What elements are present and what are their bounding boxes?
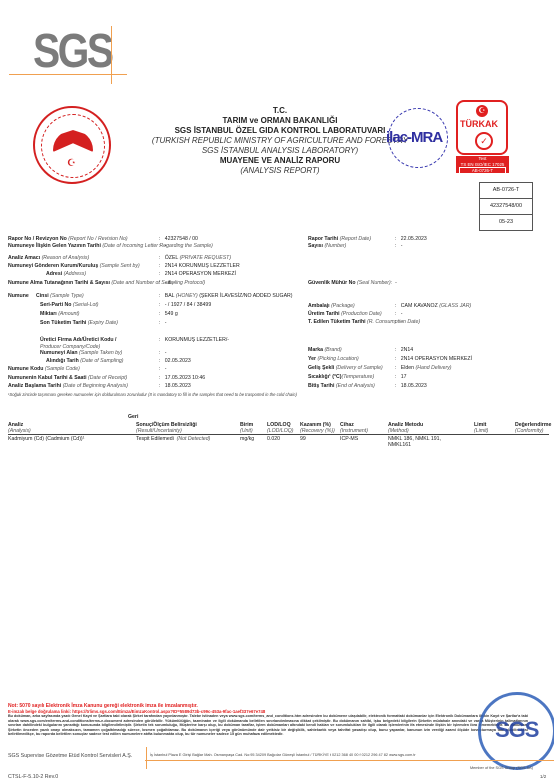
sample-info: Rapor No / Revizyon No (Report No / Revi… (0, 0, 554, 400)
info-analysis-start-value: : 18.05.2023 (159, 383, 191, 390)
info-consumption-date: T. Edilen Tüketim Tarihi (R. Consumption… (308, 319, 420, 326)
info-expiry: Son Tüketim Tarihi (Expiry Date) (40, 320, 118, 327)
info-expiry-value: : - (159, 320, 167, 327)
info-serial-lot-value: : - / 1927 / 84 / 38499 (159, 302, 211, 309)
info-sample-type: Numune Cinsi (Sample Type) (8, 293, 84, 300)
footer-divider-vertical (146, 747, 147, 769)
member-note: Member of the SGS Group (SGS SA) (470, 766, 533, 770)
col-recovery-top: Geri (128, 414, 138, 420)
info-sample-code-value: : - (159, 366, 167, 373)
table-header-divider (8, 434, 549, 435)
info-report-date: Rapor Tarihi (Report Date) (308, 236, 371, 243)
cell-lod-loq: 0.020 (267, 436, 280, 442)
info-reason: Analiz Amacı (Reason of Analysis) (8, 255, 89, 262)
info-brand: Marka (Brand) (308, 347, 342, 354)
info-number: Sayısı (Number) (308, 243, 346, 250)
form-code: CTSL-F-5.10-2 Rev.0 (8, 774, 58, 780)
info-receipt-date-value: : 17.05.2023 10:46 (159, 375, 205, 382)
info-package: Ambalajı (Package) (308, 303, 355, 310)
info-temperature: Sıcaklığı¹ (°C)(Temperature) (308, 374, 374, 381)
cell-analysis: Kadmiyum (Cd) (Cadmium (Cd))¹ (8, 436, 84, 442)
info-sampling-date-value: : 02.05.2023 (159, 358, 191, 365)
info-sample-code: Numune Kodu (Sample Code) (8, 366, 80, 373)
info-brand-value: : 2N14 (395, 347, 413, 354)
disclaimer-text: Bu doküman, arka sayfasında yazılı Genel… (8, 714, 528, 737)
info-producer-value: : KORUNMUŞ LEZZETLER/- (159, 337, 229, 344)
info-sent-by-value: : 2N14 KORUNMUŞ LEZZETLER (159, 263, 240, 270)
info-sampling-date: Alındığı Tarih (Date of Sampling) (46, 358, 123, 365)
page-number: 1/2 (540, 774, 546, 779)
info-number-value: : - (395, 243, 403, 250)
cell-recovery: 99 (300, 436, 306, 442)
info-report-no-value: : 42327548 / 00 (159, 236, 198, 243)
cell-instrument: ICP-MS (340, 436, 358, 442)
info-analysis-end: Bitiş Tarihi (End of Analysis) (308, 383, 375, 390)
info-letter-date: Numuneye İlişkin Gelen Yazının Tarihi (D… (8, 243, 213, 250)
info-seal-number: Güvenlik Mühür No (Seal Number): - (308, 280, 397, 287)
info-delivery: Geliş Şekli (Delivery of Sample) (308, 365, 383, 372)
company-address: İş İstanbul Plaza E Girişi Bağlar Mah. O… (150, 753, 416, 757)
info-picking-location-value: : 2N14 OPERASYON MERKEZİ (395, 356, 472, 363)
info-sample-type-value: : BAL (HONEY) (ŞEKER İLAVESİZ/NO ADDED S… (159, 293, 293, 300)
info-sampling-protocol: Numune Alma Tutanağının Tarihi & Sayısı … (8, 280, 205, 287)
info-serial-lot: Seri-Parti No (Serial-Lot) (40, 302, 99, 309)
info-analysis-end-value: : 18.05.2023 (395, 383, 427, 390)
cell-result: Tespit Edilemedi (Not Detected) (136, 436, 210, 442)
company-name: SGS Supervise Gözetme Etüd Kontrol Servi… (8, 753, 132, 759)
info-sample-taken-by-value: : - (159, 350, 167, 357)
info-sample-taken-by: Numuneyi Alan (Sample Taken by) (40, 350, 122, 357)
info-package-value: : CAM KAVANOZ (GLASS JAR) (395, 303, 471, 310)
info-temperature-value: : 17 (395, 374, 407, 381)
info-reason-value: : ÖZEL (PRIVATE REQUEST) (159, 255, 231, 262)
info-delivery-value: : Elden (Hand Delivery) (395, 365, 452, 372)
info-producer: Üretici Firma Adı/Üretici Kodu /Producer… (40, 337, 116, 351)
stamp-text: SGS (495, 717, 538, 743)
info-amount: Miktarı (Amount) (40, 311, 80, 318)
footer-divider (145, 760, 554, 761)
cold-chain-footnote: ¹Soğuk zincirde taşınması gereken numune… (8, 392, 297, 397)
sgs-stamp-icon: SGS (478, 692, 554, 770)
info-receipt-date: Numunenin Kabul Tarihi & Saati (Date of … (8, 375, 127, 382)
info-picking-location: Yer (Picking Location) (308, 356, 359, 363)
info-address: Adresi (Address) (46, 271, 86, 278)
info-production-date-value: : - (395, 311, 403, 318)
cell-unit: mg/kg (240, 436, 254, 442)
info-production-date: Üretim Tarihi (Production Date) (308, 311, 382, 318)
info-sampling-protocol-value: : - & - (159, 280, 175, 287)
info-address-value: : 2N14 OPERASYON MERKEZİ (159, 271, 236, 278)
info-report-date-value: : 22.05.2023 (395, 236, 427, 243)
info-sent-by: Numuneyi Gönderen Kurum/Kuruluş (Sample … (8, 263, 140, 270)
info-report-no: Rapor No / Revizyon No (Report No / Revi… (8, 236, 128, 243)
info-amount-value: : 549 g (159, 311, 178, 318)
info-consumption-date-value: : - (395, 319, 403, 326)
info-analysis-start: Analiz Başlama Tarihi (Date of Beginning… (8, 383, 128, 390)
info-letter-date-value: : - (159, 243, 167, 250)
cell-method-line2: NMKL161 (388, 442, 411, 448)
